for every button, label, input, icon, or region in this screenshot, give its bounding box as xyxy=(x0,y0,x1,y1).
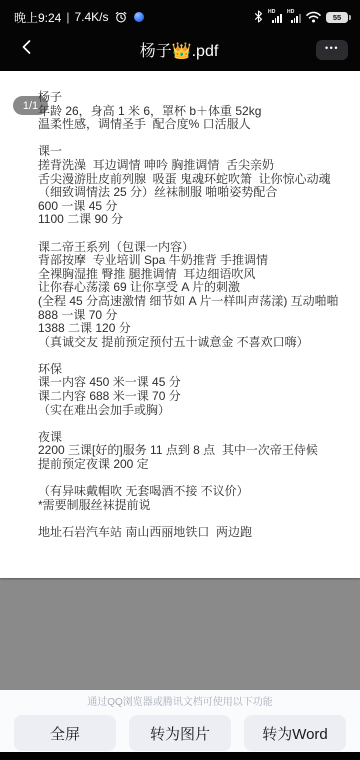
notification-dot-icon xyxy=(134,12,144,22)
document-line: (全程 45 分高速激情 细节如 A 片一样叫声荡漾) 互动啪啪 xyxy=(38,295,346,309)
signal-sim1-icon: HD xyxy=(268,10,282,24)
bluetooth-icon xyxy=(254,10,263,23)
document-line xyxy=(38,227,346,241)
document-line: 背部按摩 专业培训 Spa 牛奶推背 手推调情 xyxy=(38,254,346,268)
document-line: 地址石岩汽车站 南山西丽地铁口 两边跑 xyxy=(38,526,346,540)
document-line: *需要制服丝袜提前说 xyxy=(38,499,346,513)
status-separator: | xyxy=(66,10,69,24)
document-line xyxy=(38,417,346,431)
document-title: 杨子👑.pdf xyxy=(42,38,316,61)
fullscreen-button[interactable]: 全屏 xyxy=(14,715,116,751)
status-time: 晚上9:24 xyxy=(14,9,61,26)
document-line: （真诚交友 提前预定预付五十诚意金 不喜欢口嗨） xyxy=(38,336,346,350)
document-line: 1388 二课 120 分 xyxy=(38,322,346,336)
document-line: 课一 xyxy=(38,145,346,159)
status-bar: 晚上9:24 | 7.4K/s HD xyxy=(0,0,360,28)
footer-button-row: 全屏 转为图片 转为Word xyxy=(0,709,360,751)
signal-bars xyxy=(291,14,301,23)
document-line: 2200 三课[好的]服务 11 点到 8 点 其中一次帝王侍候 xyxy=(38,444,346,458)
document-line: （实在难出会加手或胸） xyxy=(38,404,346,418)
phone-screen: 晚上9:24 | 7.4K/s HD xyxy=(0,0,360,760)
document-line xyxy=(38,349,346,363)
signal-sim2-icon: HD xyxy=(287,10,301,24)
convert-to-word-button[interactable]: 转为Word xyxy=(244,715,346,751)
gesture-nav-strip xyxy=(0,752,360,760)
document-line: 提前预定夜课 200 定 xyxy=(38,458,346,472)
document-line: 搓背洗澡 耳边调情 呻吟 胸推调情 舌尖亲奶 xyxy=(38,159,346,173)
document-line: 1100 二课 90 分 xyxy=(38,213,346,227)
document-line: 温柔性感，调情圣手 配合度% 口活服人 xyxy=(38,118,346,132)
alarm-clock-icon xyxy=(115,11,127,23)
convert-to-image-button[interactable]: 转为图片 xyxy=(129,715,231,751)
document-line: 杨子 xyxy=(38,91,346,105)
battery-percent: 55 xyxy=(333,14,341,22)
more-menu-button[interactable]: ••• xyxy=(316,40,348,60)
document-viewer[interactable]: 1/1 杨子年龄 26，身高 1 米 6，罩杯 b＋体重 52kg温柔性感，调情… xyxy=(0,71,360,690)
back-chevron-icon xyxy=(17,37,37,62)
battery-icon: 55 xyxy=(326,12,348,23)
battery-nub xyxy=(349,15,351,20)
footer-toolbar: 通过QQ浏览器或腾讯文档可使用以下功能 全屏 转为图片 转为Word xyxy=(0,690,360,752)
pdf-page: 1/1 杨子年龄 26，身高 1 米 6，罩杯 b＋体重 52kg温柔性感，调情… xyxy=(0,71,360,578)
signal-bars xyxy=(272,14,282,23)
document-line xyxy=(38,132,346,146)
document-line: 课二内容 688 米一课 70 分 xyxy=(38,390,346,404)
document-line: （有异味戴帽吹 无套喝酒不接 不议价） xyxy=(38,485,346,499)
status-right-group: HD HD 55 xyxy=(254,10,348,24)
back-button[interactable] xyxy=(12,35,42,65)
status-left-group: 晚上9:24 | 7.4K/s xyxy=(14,9,144,26)
document-line xyxy=(38,512,346,526)
more-ellipsis-icon: ••• xyxy=(325,44,339,53)
footer-hint-text: 通过QQ浏览器或腾讯文档可使用以下功能 xyxy=(0,690,360,709)
wifi-icon xyxy=(306,11,321,23)
document-line: （细致调情法 25 分）丝袜制服 啪啪姿势配合 xyxy=(38,186,346,200)
document-line: 让你春心荡漾 69 让你享受 A 片的刺激 xyxy=(38,281,346,295)
title-bar: 杨子👑.pdf ••• xyxy=(0,28,360,71)
document-text: 杨子年龄 26，身高 1 米 6，罩杯 b＋体重 52kg温柔性感，调情圣手 配… xyxy=(0,71,360,540)
network-speed: 7.4K/s xyxy=(74,10,108,24)
